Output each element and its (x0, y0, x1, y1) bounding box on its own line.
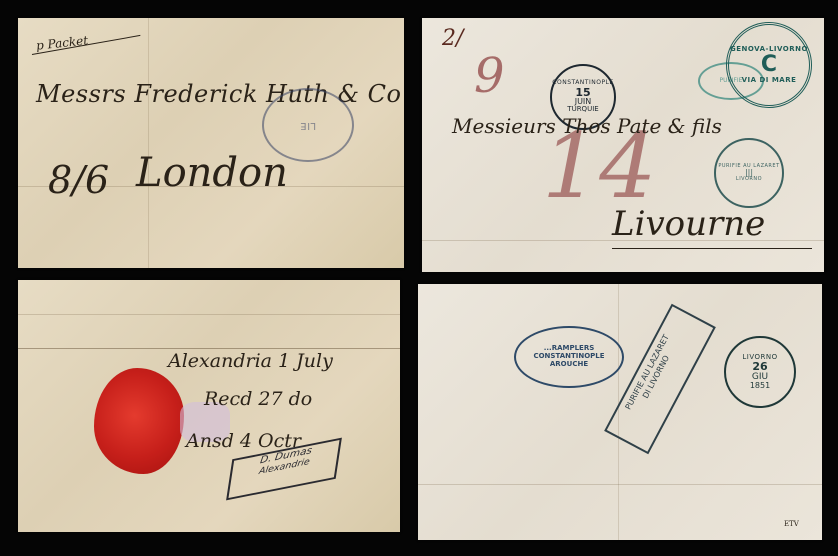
fold-line (148, 18, 149, 268)
docket-line-1: Alexandria 1 July (168, 350, 333, 372)
stamp-day: 26 (752, 361, 767, 373)
rate-mark: 8/6 (48, 158, 109, 202)
box-line-1: PURIFIE AU LAZARET (610, 308, 684, 436)
rate-red: 9 (474, 48, 505, 104)
corner-mark: ETV (784, 520, 799, 528)
rate-corner: 2/ (442, 26, 463, 51)
partial-circular-stamp: LIE (262, 88, 354, 162)
cover-bottom-right: ...RAMPLERS CONSTANTINOPLE AROUCHE PURIF… (418, 284, 822, 540)
docket-line-2: Recd 27 do (204, 388, 312, 410)
oval-forwarder-cachet: ...RAMPLERS CONSTANTINOPLE AROUCHE (514, 326, 624, 388)
cds-purifie-lazaret: PURIFIE AU LAZARET ||| LIVORNO (714, 138, 784, 208)
stamp-bottom: LIVORNO (736, 177, 762, 182)
underline (612, 248, 812, 249)
city: Livourne (612, 204, 765, 244)
stamp-text: LIE (300, 120, 316, 131)
cachet-line-3: AROUCHE (550, 361, 588, 369)
cds-livorno: LIVORNO 26 GIU 1851 (724, 336, 796, 408)
addressee: Messieurs Thos Pate & fils (452, 114, 722, 138)
stamp-center: C (761, 53, 777, 76)
box-lazaret-stamp: PURIFIE AU LAZARET DI LIVORNO (604, 304, 716, 455)
cover-bottom-left: Alexandria 1 July Recd 27 do Ansd 4 Octr… (18, 280, 400, 532)
cds-genova-livorno: GENOVA-LIVORNO C VIA DI MARE (726, 22, 812, 108)
addressee: Messrs Frederick Huth & Co (36, 80, 401, 108)
route-note: p Packet (35, 33, 88, 52)
fold-line (18, 314, 400, 315)
wax-seal (94, 368, 184, 474)
fold-line (418, 484, 822, 485)
cover-top-right: 2/ 9 14 CONSTANTINOPLE 15 JUIN TURQUIE P… (422, 18, 824, 272)
stamp-bottom: VIA DI MARE (742, 77, 797, 84)
fold-line (18, 348, 400, 349)
stamp-year: 1851 (750, 382, 770, 390)
stamp-bottom: TURQUIE (567, 106, 598, 113)
postal-history-photo: { "covers": { "top_left": { "route_note"… (0, 0, 838, 556)
city: London (136, 150, 288, 196)
cover-top-left: p Packet Messrs Frederick Huth & Co Lond… (18, 18, 404, 268)
box-line-2: DI LIVORNO (619, 313, 693, 441)
